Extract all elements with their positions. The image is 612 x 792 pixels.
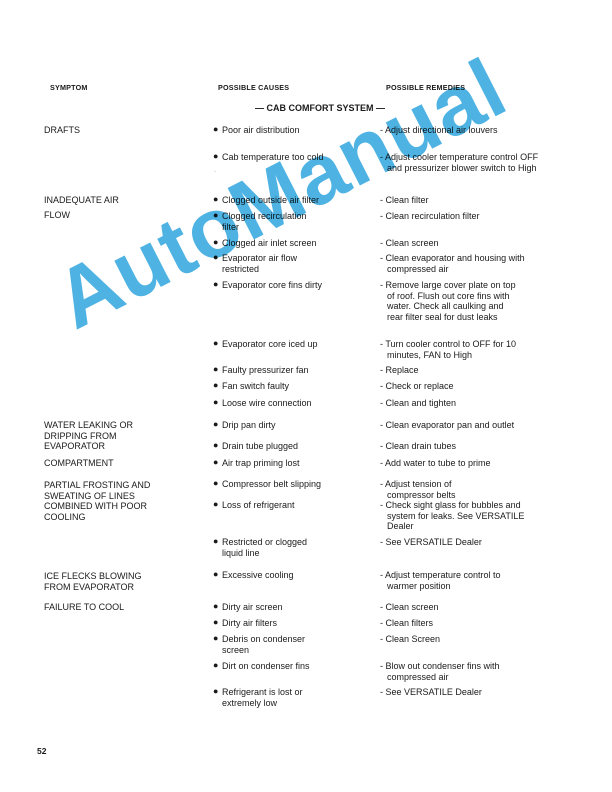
page-number: 52 xyxy=(37,746,46,756)
watermark-layer: AutoManual xyxy=(0,0,612,792)
watermark-text: AutoManual xyxy=(40,39,521,348)
